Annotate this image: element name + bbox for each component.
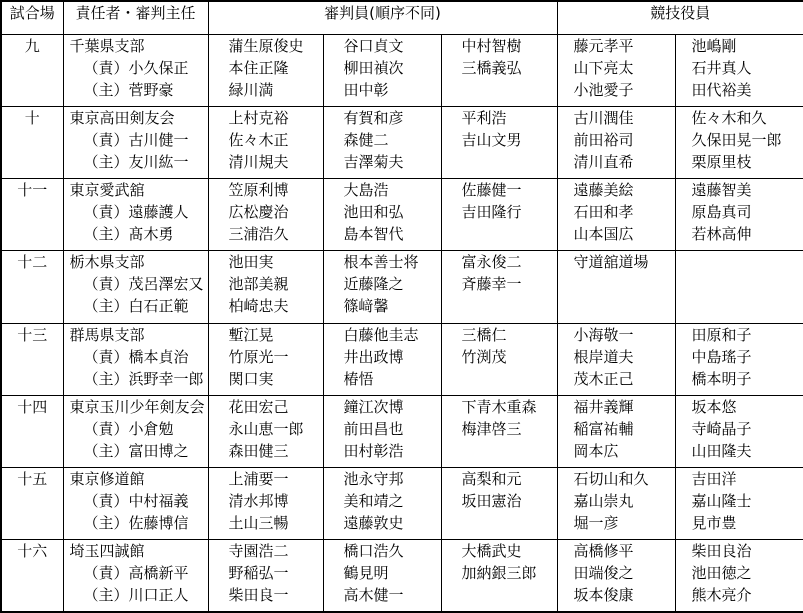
referee-name: 田村彰浩 <box>324 440 441 462</box>
referee-cell: 橋口浩久鶴見明高木健一 <box>323 540 441 612</box>
referee-cell: 大島浩池田和弘島本智代 <box>323 179 441 251</box>
official-name: 石井真人 <box>676 57 803 79</box>
referee-name: 佐々木正 <box>209 129 323 151</box>
referee-name: 谷口貞文 <box>324 35 441 57</box>
venue-cell: 十四 <box>1 395 63 467</box>
referee-cell: 池永守邦美和靖之遠藤敦史 <box>323 468 441 540</box>
table-row: 十二栃木県支部（責）茂呂澤宏又（主）白石正範池田実池部美親柏崎忠夫根本善士将近藤… <box>1 251 803 323</box>
chief-referee: （主）川口正人 <box>64 584 208 606</box>
official-name: 山下亮太 <box>558 57 675 79</box>
referee-cell: 上村克裕佐々木正清川規夫 <box>208 106 323 178</box>
referee-name: 池部美親 <box>209 273 323 295</box>
table-row: 十四東京玉川少年剣友会（責）小倉勉（主）富田博之花田宏己永山恵一郎森田健三鐘江次… <box>1 395 803 467</box>
responsible-person: （責）中村福義 <box>64 490 208 512</box>
responsible-person: （責）小久保正 <box>64 57 208 79</box>
referee-name: 根本善士将 <box>324 251 441 273</box>
official-name: 久保田晃一郎 <box>676 129 803 151</box>
referee-name: 蒲生原俊史 <box>209 35 323 57</box>
official-name: 根岸道夫 <box>558 346 675 368</box>
official-name: 前田裕司 <box>558 129 675 151</box>
official-name: 原島真司 <box>676 201 803 223</box>
referee-assignment-table: 試合場 責任者・審判主任 審判員(順序不同) 競技役員 九千葉県支部（責）小久保… <box>0 0 803 613</box>
official-name: 柴田良治 <box>676 540 803 562</box>
official-name: 小海敬一 <box>558 324 675 346</box>
referee-name: 坂田憲治 <box>442 490 557 512</box>
referee-name: 鶴見明 <box>324 562 441 584</box>
referee-name: 遠藤敦史 <box>324 512 441 534</box>
table-row: 十五東京修道館（責）中村福義（主）佐藤博信上浦要一清水邦博土山三暢池永守邦美和靖… <box>1 468 803 540</box>
referee-name: 斉藤幸一 <box>442 273 557 295</box>
referee-cell: 谷口貞文柳田禎次田中彰 <box>323 34 441 106</box>
header-referees: 審判員(順序不同) <box>208 1 557 34</box>
official-cell: 田原和子中島瑤子橋本明子 <box>675 323 803 395</box>
official-name: 石田和孝 <box>558 201 675 223</box>
official-cell: 遠藤美絵石田和孝山本国広 <box>557 179 675 251</box>
referee-cell: 三橋仁竹渕茂 <box>441 323 557 395</box>
table-row: 十一東京愛武舘（責）遠藤護人（主）髙木勇笠原利博広松慶治三浦浩久大島浩池田和弘島… <box>1 179 803 251</box>
referee-name: 吉田隆行 <box>442 201 557 223</box>
official-name: 橋本明子 <box>676 368 803 390</box>
manager-cell: 東京愛武舘（責）遠藤護人（主）髙木勇 <box>63 179 208 251</box>
referee-name: 白藤他圭志 <box>324 324 441 346</box>
referee-cell: 笠原利博広松慶治三浦浩久 <box>208 179 323 251</box>
official-cell: 守道舘道場 <box>557 251 675 323</box>
chief-referee: （主）髙木勇 <box>64 223 208 245</box>
official-cell: 石切山和久嘉山崇丸堀一彦 <box>557 468 675 540</box>
referee-name: 大島浩 <box>324 179 441 201</box>
referee-name: 竹原光一 <box>209 346 323 368</box>
manager-cell: 栃木県支部（責）茂呂澤宏又（主）白石正範 <box>63 251 208 323</box>
referee-name: 田中彰 <box>324 79 441 101</box>
referee-name: 高木健一 <box>324 584 441 606</box>
official-name: 茂木正己 <box>558 368 675 390</box>
organization-name: 東京玉川少年剣友会 <box>64 396 208 418</box>
table-row: 十東京高田剣友会（責）古川健一（主）友川紘一上村克裕佐々木正清川規夫有賀和彦森健… <box>1 106 803 178</box>
official-name: 見市豊 <box>676 512 803 534</box>
organization-name: 千葉県支部 <box>64 35 208 57</box>
referee-name: 富永俊二 <box>442 251 557 273</box>
referee-name: 関口実 <box>209 368 323 390</box>
official-cell: 坂本悠寺崎晶子山田隆夫 <box>675 395 803 467</box>
referee-cell: 上浦要一清水邦博土山三暢 <box>208 468 323 540</box>
referee-name: 竹渕茂 <box>442 346 557 368</box>
official-name: 山田隆夫 <box>676 440 803 462</box>
header-row: 試合場 責任者・審判主任 審判員(順序不同) 競技役員 <box>1 1 803 34</box>
chief-referee: （主）友川紘一 <box>64 151 208 173</box>
official-name: 吉田洋 <box>676 468 803 490</box>
referee-name: 吉山文男 <box>442 129 557 151</box>
venue-cell: 十六 <box>1 540 63 612</box>
referee-name: 野稲弘一 <box>209 562 323 584</box>
official-name: 寺崎晶子 <box>676 418 803 440</box>
referee-name: 高梨和元 <box>442 468 557 490</box>
manager-cell: 千葉県支部（責）小久保正（主）菅野豪 <box>63 34 208 106</box>
official-cell: 高橋修平田端俊之坂本俊康 <box>557 540 675 612</box>
organization-name: 東京高田剣友会 <box>64 107 208 129</box>
official-cell: 藤元孝平山下亮太小池愛子 <box>557 34 675 106</box>
referee-cell: 佐藤健一吉田隆行 <box>441 179 557 251</box>
referee-name: 柏崎忠夫 <box>209 295 323 317</box>
official-name: 池嶋剛 <box>676 35 803 57</box>
referee-cell: 富永俊二斉藤幸一 <box>441 251 557 323</box>
referee-name: 池田和弘 <box>324 201 441 223</box>
official-cell: 小海敬一根岸道夫茂木正己 <box>557 323 675 395</box>
official-name: 石切山和久 <box>558 468 675 490</box>
venue-cell: 十 <box>1 106 63 178</box>
referee-name: 清川規夫 <box>209 151 323 173</box>
official-name: 田端俊之 <box>558 562 675 584</box>
referee-name: 有賀和彦 <box>324 107 441 129</box>
referee-name: 森田健三 <box>209 440 323 462</box>
referee-name: 三橋仁 <box>442 324 557 346</box>
organization-name: 埼玉四誠館 <box>64 540 208 562</box>
official-name: 遠藤美絵 <box>558 179 675 201</box>
referee-name: 中村智樹 <box>442 35 557 57</box>
official-name: 守道舘道場 <box>558 251 675 273</box>
referee-name: 柴田良一 <box>209 584 323 606</box>
official-cell <box>675 251 803 323</box>
venue-cell: 九 <box>1 34 63 106</box>
official-name: 坂本俊康 <box>558 584 675 606</box>
official-name: 古川潤佳 <box>558 107 675 129</box>
referee-name: 加納銀三郎 <box>442 562 557 584</box>
official-name: 清川直希 <box>558 151 675 173</box>
referee-name: 鐘江次博 <box>324 396 441 418</box>
manager-cell: 東京玉川少年剣友会（責）小倉勉（主）富田博之 <box>63 395 208 467</box>
referee-cell: 大橋武史加納銀三郎 <box>441 540 557 612</box>
official-name: 池田徳之 <box>676 562 803 584</box>
official-name: 熊木亮介 <box>676 584 803 606</box>
official-name: 稲富祐輔 <box>558 418 675 440</box>
official-name: 藤元孝平 <box>558 35 675 57</box>
referee-cell: 塹江晃竹原光一関口実 <box>208 323 323 395</box>
chief-referee: （主）浜野幸一郎 <box>64 368 208 390</box>
referee-name: 井出政博 <box>324 346 441 368</box>
referee-cell: 下青木重森梅津啓三 <box>441 395 557 467</box>
responsible-person: （責）遠藤護人 <box>64 201 208 223</box>
table-row: 九千葉県支部（責）小久保正（主）菅野豪蒲生原俊史本住正隆緑川満谷口貞文柳田禎次田… <box>1 34 803 106</box>
referee-name: 上村克裕 <box>209 107 323 129</box>
referee-name: 森健二 <box>324 129 441 151</box>
official-cell: 吉田洋嘉山隆士見市豊 <box>675 468 803 540</box>
referee-cell: 花田宏己永山恵一郎森田健三 <box>208 395 323 467</box>
referee-name: 寺園浩二 <box>209 540 323 562</box>
manager-cell: 群馬県支部（責）橋本貞治（主）浜野幸一郎 <box>63 323 208 395</box>
chief-referee: （主）富田博之 <box>64 440 208 462</box>
venue-cell: 十二 <box>1 251 63 323</box>
official-name: 坂本悠 <box>676 396 803 418</box>
official-name: 佐々木和久 <box>676 107 803 129</box>
referee-name: 柳田禎次 <box>324 57 441 79</box>
referee-name: 平利浩 <box>442 107 557 129</box>
official-name: 嘉山崇丸 <box>558 490 675 512</box>
referee-name: 笠原利博 <box>209 179 323 201</box>
manager-cell: 東京修道館（責）中村福義（主）佐藤博信 <box>63 468 208 540</box>
referee-name: 篠﨑馨 <box>324 295 441 317</box>
responsible-person: （責）小倉勉 <box>64 418 208 440</box>
referee-name: 島本智代 <box>324 223 441 245</box>
official-name: 栗原里枝 <box>676 151 803 173</box>
referee-cell: 有賀和彦森健二吉澤菊夫 <box>323 106 441 178</box>
venue-cell: 十五 <box>1 468 63 540</box>
chief-referee: （主）白石正範 <box>64 295 208 317</box>
referee-name: 佐藤健一 <box>442 179 557 201</box>
referee-name: 塹江晃 <box>209 324 323 346</box>
official-name: 中島瑤子 <box>676 346 803 368</box>
venue-cell: 十三 <box>1 323 63 395</box>
official-cell: 遠藤智美原島真司若林高伸 <box>675 179 803 251</box>
referee-cell: 寺園浩二野稲弘一柴田良一 <box>208 540 323 612</box>
referee-name: 池永守邦 <box>324 468 441 490</box>
venue-cell: 十一 <box>1 179 63 251</box>
referee-cell: 池田実池部美親柏崎忠夫 <box>208 251 323 323</box>
referee-name: 吉澤菊夫 <box>324 151 441 173</box>
official-name: 堀一彦 <box>558 512 675 534</box>
organization-name: 東京愛武舘 <box>64 179 208 201</box>
official-cell: 池嶋剛石井真人田代裕美 <box>675 34 803 106</box>
responsible-person: （責）高橋新平 <box>64 562 208 584</box>
referee-name: 清水邦博 <box>209 490 323 512</box>
table-row: 十六埼玉四誠館（責）高橋新平（主）川口正人寺園浩二野稲弘一柴田良一橋口浩久鶴見明… <box>1 540 803 612</box>
referee-name: 花田宏己 <box>209 396 323 418</box>
referee-cell: 蒲生原俊史本住正隆緑川満 <box>208 34 323 106</box>
referee-name: 前田昌也 <box>324 418 441 440</box>
header-manager: 責任者・審判主任 <box>63 1 208 34</box>
referee-cell: 中村智樹三橋義弘 <box>441 34 557 106</box>
responsible-person: （責）茂呂澤宏又 <box>64 273 208 295</box>
table-row: 十三群馬県支部（責）橋本貞治（主）浜野幸一郎塹江晃竹原光一関口実白藤他圭志井出政… <box>1 323 803 395</box>
official-cell: 福井義輝稲富祐輔岡本広 <box>557 395 675 467</box>
manager-cell: 埼玉四誠館（責）高橋新平（主）川口正人 <box>63 540 208 612</box>
official-name: 福井義輝 <box>558 396 675 418</box>
referee-name: 大橋武史 <box>442 540 557 562</box>
referee-cell: 鐘江次博前田昌也田村彰浩 <box>323 395 441 467</box>
organization-name: 東京修道館 <box>64 468 208 490</box>
header-venue: 試合場 <box>1 1 63 34</box>
referee-cell: 平利浩吉山文男 <box>441 106 557 178</box>
referee-name: 上浦要一 <box>209 468 323 490</box>
official-name: 小池愛子 <box>558 79 675 101</box>
official-name: 遠藤智美 <box>676 179 803 201</box>
official-cell: 佐々木和久久保田晃一郎栗原里枝 <box>675 106 803 178</box>
referee-name: 椿悟 <box>324 368 441 390</box>
organization-name: 群馬県支部 <box>64 324 208 346</box>
referee-name: 三橋義弘 <box>442 57 557 79</box>
referee-name: 土山三暢 <box>209 512 323 534</box>
manager-cell: 東京高田剣友会（責）古川健一（主）友川紘一 <box>63 106 208 178</box>
referee-cell: 白藤他圭志井出政博椿悟 <box>323 323 441 395</box>
organization-name: 栃木県支部 <box>64 251 208 273</box>
referee-name: 緑川満 <box>209 79 323 101</box>
official-name: 田原和子 <box>676 324 803 346</box>
referee-name: 近藤隆之 <box>324 273 441 295</box>
referee-name: 橋口浩久 <box>324 540 441 562</box>
chief-referee: （主）佐藤博信 <box>64 512 208 534</box>
official-cell: 古川潤佳前田裕司清川直希 <box>557 106 675 178</box>
official-name: 若林高伸 <box>676 223 803 245</box>
referee-name: 梅津啓三 <box>442 418 557 440</box>
responsible-person: （責）古川健一 <box>64 129 208 151</box>
official-name: 山本国広 <box>558 223 675 245</box>
referee-name: 本住正隆 <box>209 57 323 79</box>
responsible-person: （責）橋本貞治 <box>64 346 208 368</box>
referee-name: 永山恵一郎 <box>209 418 323 440</box>
official-name: 岡本広 <box>558 440 675 462</box>
chief-referee: （主）菅野豪 <box>64 79 208 101</box>
referee-name: 下青木重森 <box>442 396 557 418</box>
referee-name: 美和靖之 <box>324 490 441 512</box>
official-cell: 柴田良治池田徳之熊木亮介 <box>675 540 803 612</box>
official-name: 高橋修平 <box>558 540 675 562</box>
referee-name: 池田実 <box>209 251 323 273</box>
header-officials: 競技役員 <box>557 1 803 34</box>
official-name: 田代裕美 <box>676 79 803 101</box>
referee-name: 三浦浩久 <box>209 223 323 245</box>
referee-name: 広松慶治 <box>209 201 323 223</box>
official-name: 嘉山隆士 <box>676 490 803 512</box>
referee-cell: 高梨和元坂田憲治 <box>441 468 557 540</box>
referee-cell: 根本善士将近藤隆之篠﨑馨 <box>323 251 441 323</box>
